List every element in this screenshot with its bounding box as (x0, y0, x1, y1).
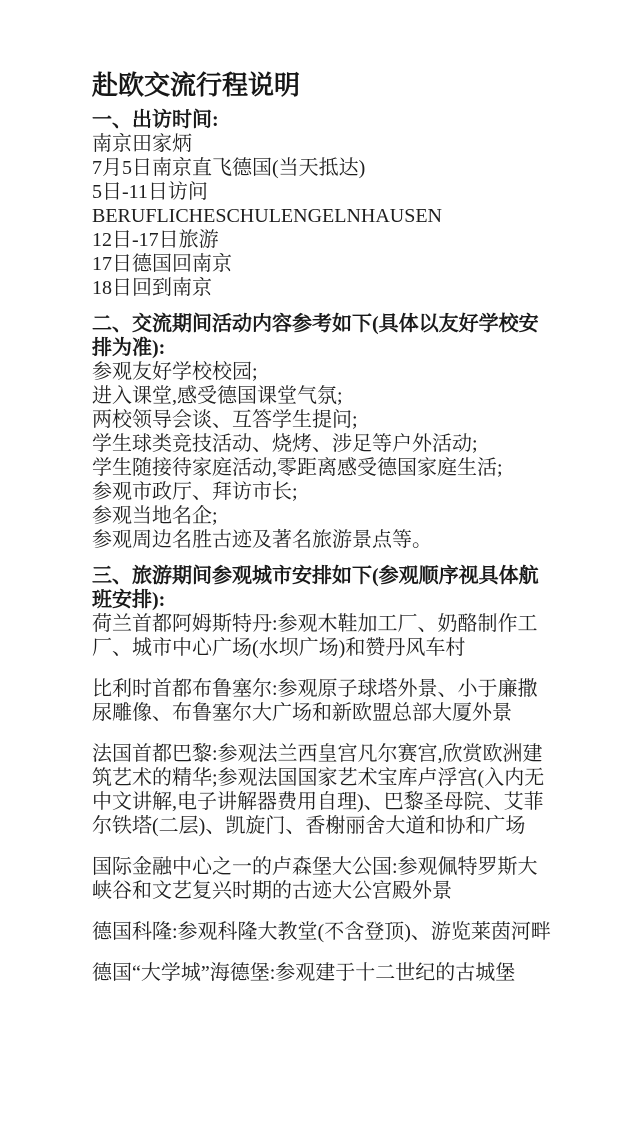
section-3-heading: 三、旅游期间参观城市安排如下(参观顺序视具体航班安排): (92, 564, 557, 612)
section-exchange-activities: 二、交流期间活动内容参考如下(具体以友好学校安排为准): 参观友好学校校园; 进… (92, 312, 557, 552)
section-1-heading: 一、出访时间: (92, 108, 557, 132)
section-2-heading: 二、交流期间活动内容参考如下(具体以友好学校安排为准): (92, 312, 557, 360)
document-page: 赴欧交流行程说明 一、出访时间: 南京田家炳 7月5日南京直飞德国(当天抵达) … (0, 0, 640, 1136)
paragraph-luxembourg: 国际金融中心之一的卢森堡大公国:参观佩特罗斯大峡谷和文艺复兴时期的古迹大公宫殿外… (92, 855, 557, 903)
section-tour-cities: 三、旅游期间参观城市安排如下(参观顺序视具体航班安排): 荷兰首都阿姆斯特丹:参… (92, 564, 557, 985)
section-2-line: 进入课堂,感受德国课堂气氛; (92, 384, 557, 408)
section-2-line: 参观当地名企; (92, 504, 557, 528)
paragraph-heidelberg: 德国“大学城”海德堡:参观建于十二世纪的古城堡 (92, 961, 557, 985)
section-2-line: 学生球类竞技活动、烧烤、涉足等户外活动; (92, 432, 557, 456)
section-1-line: 12日-17日旅游 (92, 228, 557, 252)
paragraph-amsterdam: 荷兰首都阿姆斯特丹:参观木鞋加工厂、奶酪制作工厂、城市中心广场(水坝广场)和赞丹… (92, 612, 557, 660)
section-1-line: 7月5日南京直飞德国(当天抵达) (92, 156, 557, 180)
paragraph-paris: 法国首都巴黎:参观法兰西皇宫凡尔赛宫,欣赏欧洲建筑艺术的精华;参观法国国家艺术宝… (92, 742, 557, 838)
section-2-line: 参观周边名胜古迹及著名旅游景点等。 (92, 528, 557, 552)
section-3-paragraphs: 荷兰首都阿姆斯特丹:参观木鞋加工厂、奶酪制作工厂、城市中心广场(水坝广场)和赞丹… (92, 612, 557, 985)
paragraph-cologne: 德国科隆:参观科隆大教堂(不含登顶)、游览莱茵河畔 (92, 920, 557, 944)
section-2-line: 学生随接待家庭活动,零距离感受德国家庭生活; (92, 456, 557, 480)
section-2-line: 参观友好学校校园; (92, 360, 557, 384)
section-1-line: 18日回到南京 (92, 276, 557, 300)
section-visit-time: 一、出访时间: 南京田家炳 7月5日南京直飞德国(当天抵达) 5日-11日访问 … (92, 108, 557, 300)
section-2-line: 两校领导会谈、互答学生提问; (92, 408, 557, 432)
section-1-line-school-name: BERUFLICHESCHULENGELNHAUSEN (92, 204, 557, 228)
section-2-line: 参观市政厅、拜访市长; (92, 480, 557, 504)
section-1-line: 南京田家炳 (92, 132, 557, 156)
section-1-line: 17日德国回南京 (92, 252, 557, 276)
document-title: 赴欧交流行程说明 (92, 68, 557, 104)
section-1-line: 5日-11日访问 (92, 180, 557, 204)
paragraph-brussels: 比利时首都布鲁塞尔:参观原子球塔外景、小于廉撒尿雕像、布鲁塞尔大广场和新欧盟总部… (92, 677, 557, 725)
